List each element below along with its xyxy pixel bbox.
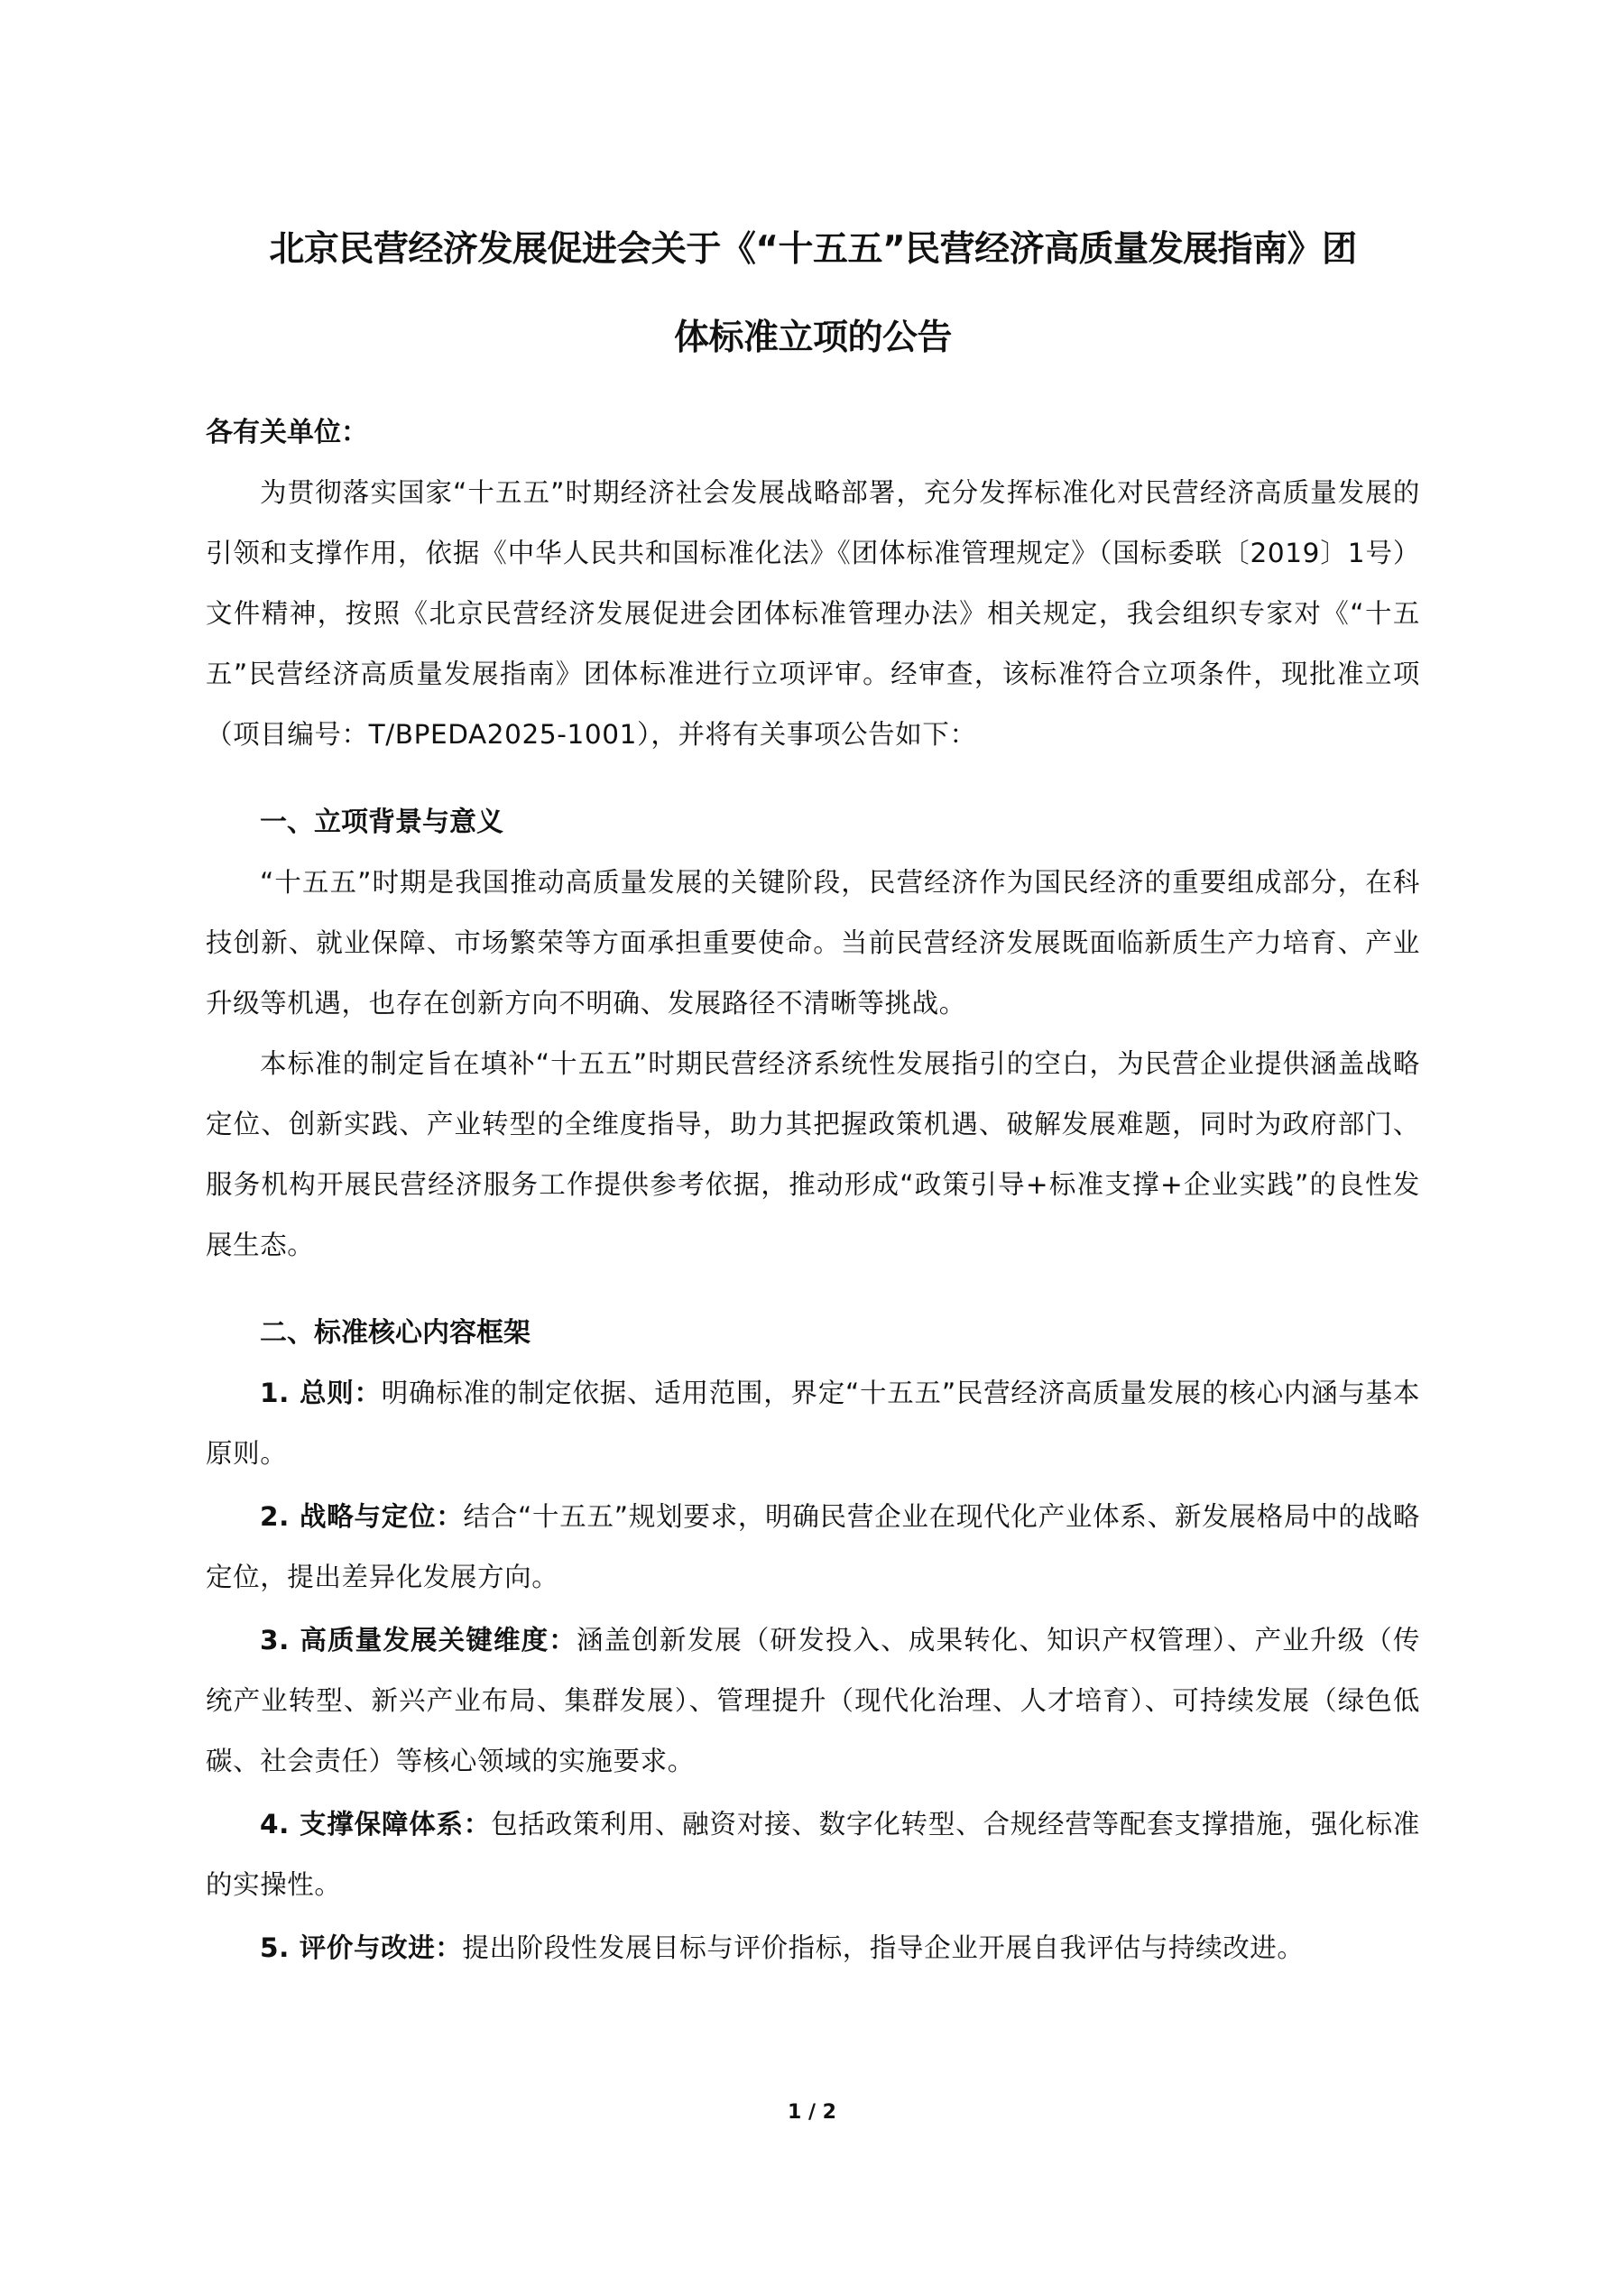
section-heading: 一、立项背景与意义: [206, 792, 1420, 853]
framework-item: 2. 战略与定位：结合“十五五”规划要求，明确民营企业在现代化产业体系、新发展格…: [206, 1487, 1420, 1608]
document-title: 北京民营经济发展促进会关于《“十五五”民营经济高质量发展指南》团 体标准立项的公…: [206, 206, 1420, 383]
section-spacer: [206, 1276, 1420, 1303]
framework-item: 5. 评价与改进：提出阶段性发展目标与评价指标，指导企业开展自我评估与持续改进。: [206, 1918, 1420, 1978]
framework-item: 1. 总则：明确标准的制定依据、适用范围，界定“十五五”民营经济高质量发展的核心…: [206, 1363, 1420, 1484]
title-line-1: 北京民营经济发展促进会关于《“十五五”民营经济高质量发展指南》团: [206, 206, 1420, 294]
item-label: 5. 评价与改进：: [260, 1932, 462, 1963]
item-label: 3. 高质量发展关键维度：: [260, 1625, 577, 1655]
section-paragraph: 本标准的制定旨在填补“十五五”时期民营经济系统性发展指引的空白，为民营企业提供涵…: [206, 1034, 1420, 1276]
section-heading: 二、标准核心内容框架: [206, 1303, 1420, 1363]
title-line-2: 体标准立项的公告: [206, 294, 1420, 383]
item-label: 1. 总则：: [260, 1378, 382, 1408]
section-spacer: [206, 765, 1420, 792]
page-number: 1 / 2: [0, 2095, 1624, 2131]
document-body: 北京民营经济发展促进会关于《“十五五”民营经济高质量发展指南》团 体标准立项的公…: [206, 206, 1420, 1981]
item-text: 提出阶段性发展目标与评价指标，指导企业开展自我评估与持续改进。: [462, 1932, 1304, 1963]
intro-paragraph: 为贯彻落实国家“十五五”时期经济社会发展战略部署，充分发挥标准化对民营经济高质量…: [206, 463, 1420, 765]
section-paragraph: “十五五”时期是我国推动高质量发展的关键阶段，民营经济作为国民经济的重要组成部分…: [206, 853, 1420, 1034]
item-text: 明确标准的制定依据、适用范围，界定“十五五”民营经济高质量发展的核心内涵与基本原…: [206, 1378, 1420, 1469]
item-label: 2. 战略与定位：: [260, 1501, 463, 1532]
section-framework: 二、标准核心内容框架 1. 总则：明确标准的制定依据、适用范围，界定“十五五”民…: [206, 1303, 1420, 1978]
framework-item: 4. 支撑保障体系：包括政策利用、融资对接、数字化转型、合规经营等配套支撑措施，…: [206, 1794, 1420, 1915]
framework-item: 3. 高质量发展关键维度：涵盖创新发展（研发投入、成果转化、知识产权管理）、产业…: [206, 1610, 1420, 1792]
salutation: 各有关单位：: [206, 402, 1420, 463]
section-background: 一、立项背景与意义 “十五五”时期是我国推动高质量发展的关键阶段，民营经济作为国…: [206, 792, 1420, 1276]
document-page: 北京民营经济发展促进会关于《“十五五”民营经济高质量发展指南》团 体标准立项的公…: [0, 0, 1624, 2296]
item-label: 4. 支撑保障体系：: [260, 1809, 491, 1840]
